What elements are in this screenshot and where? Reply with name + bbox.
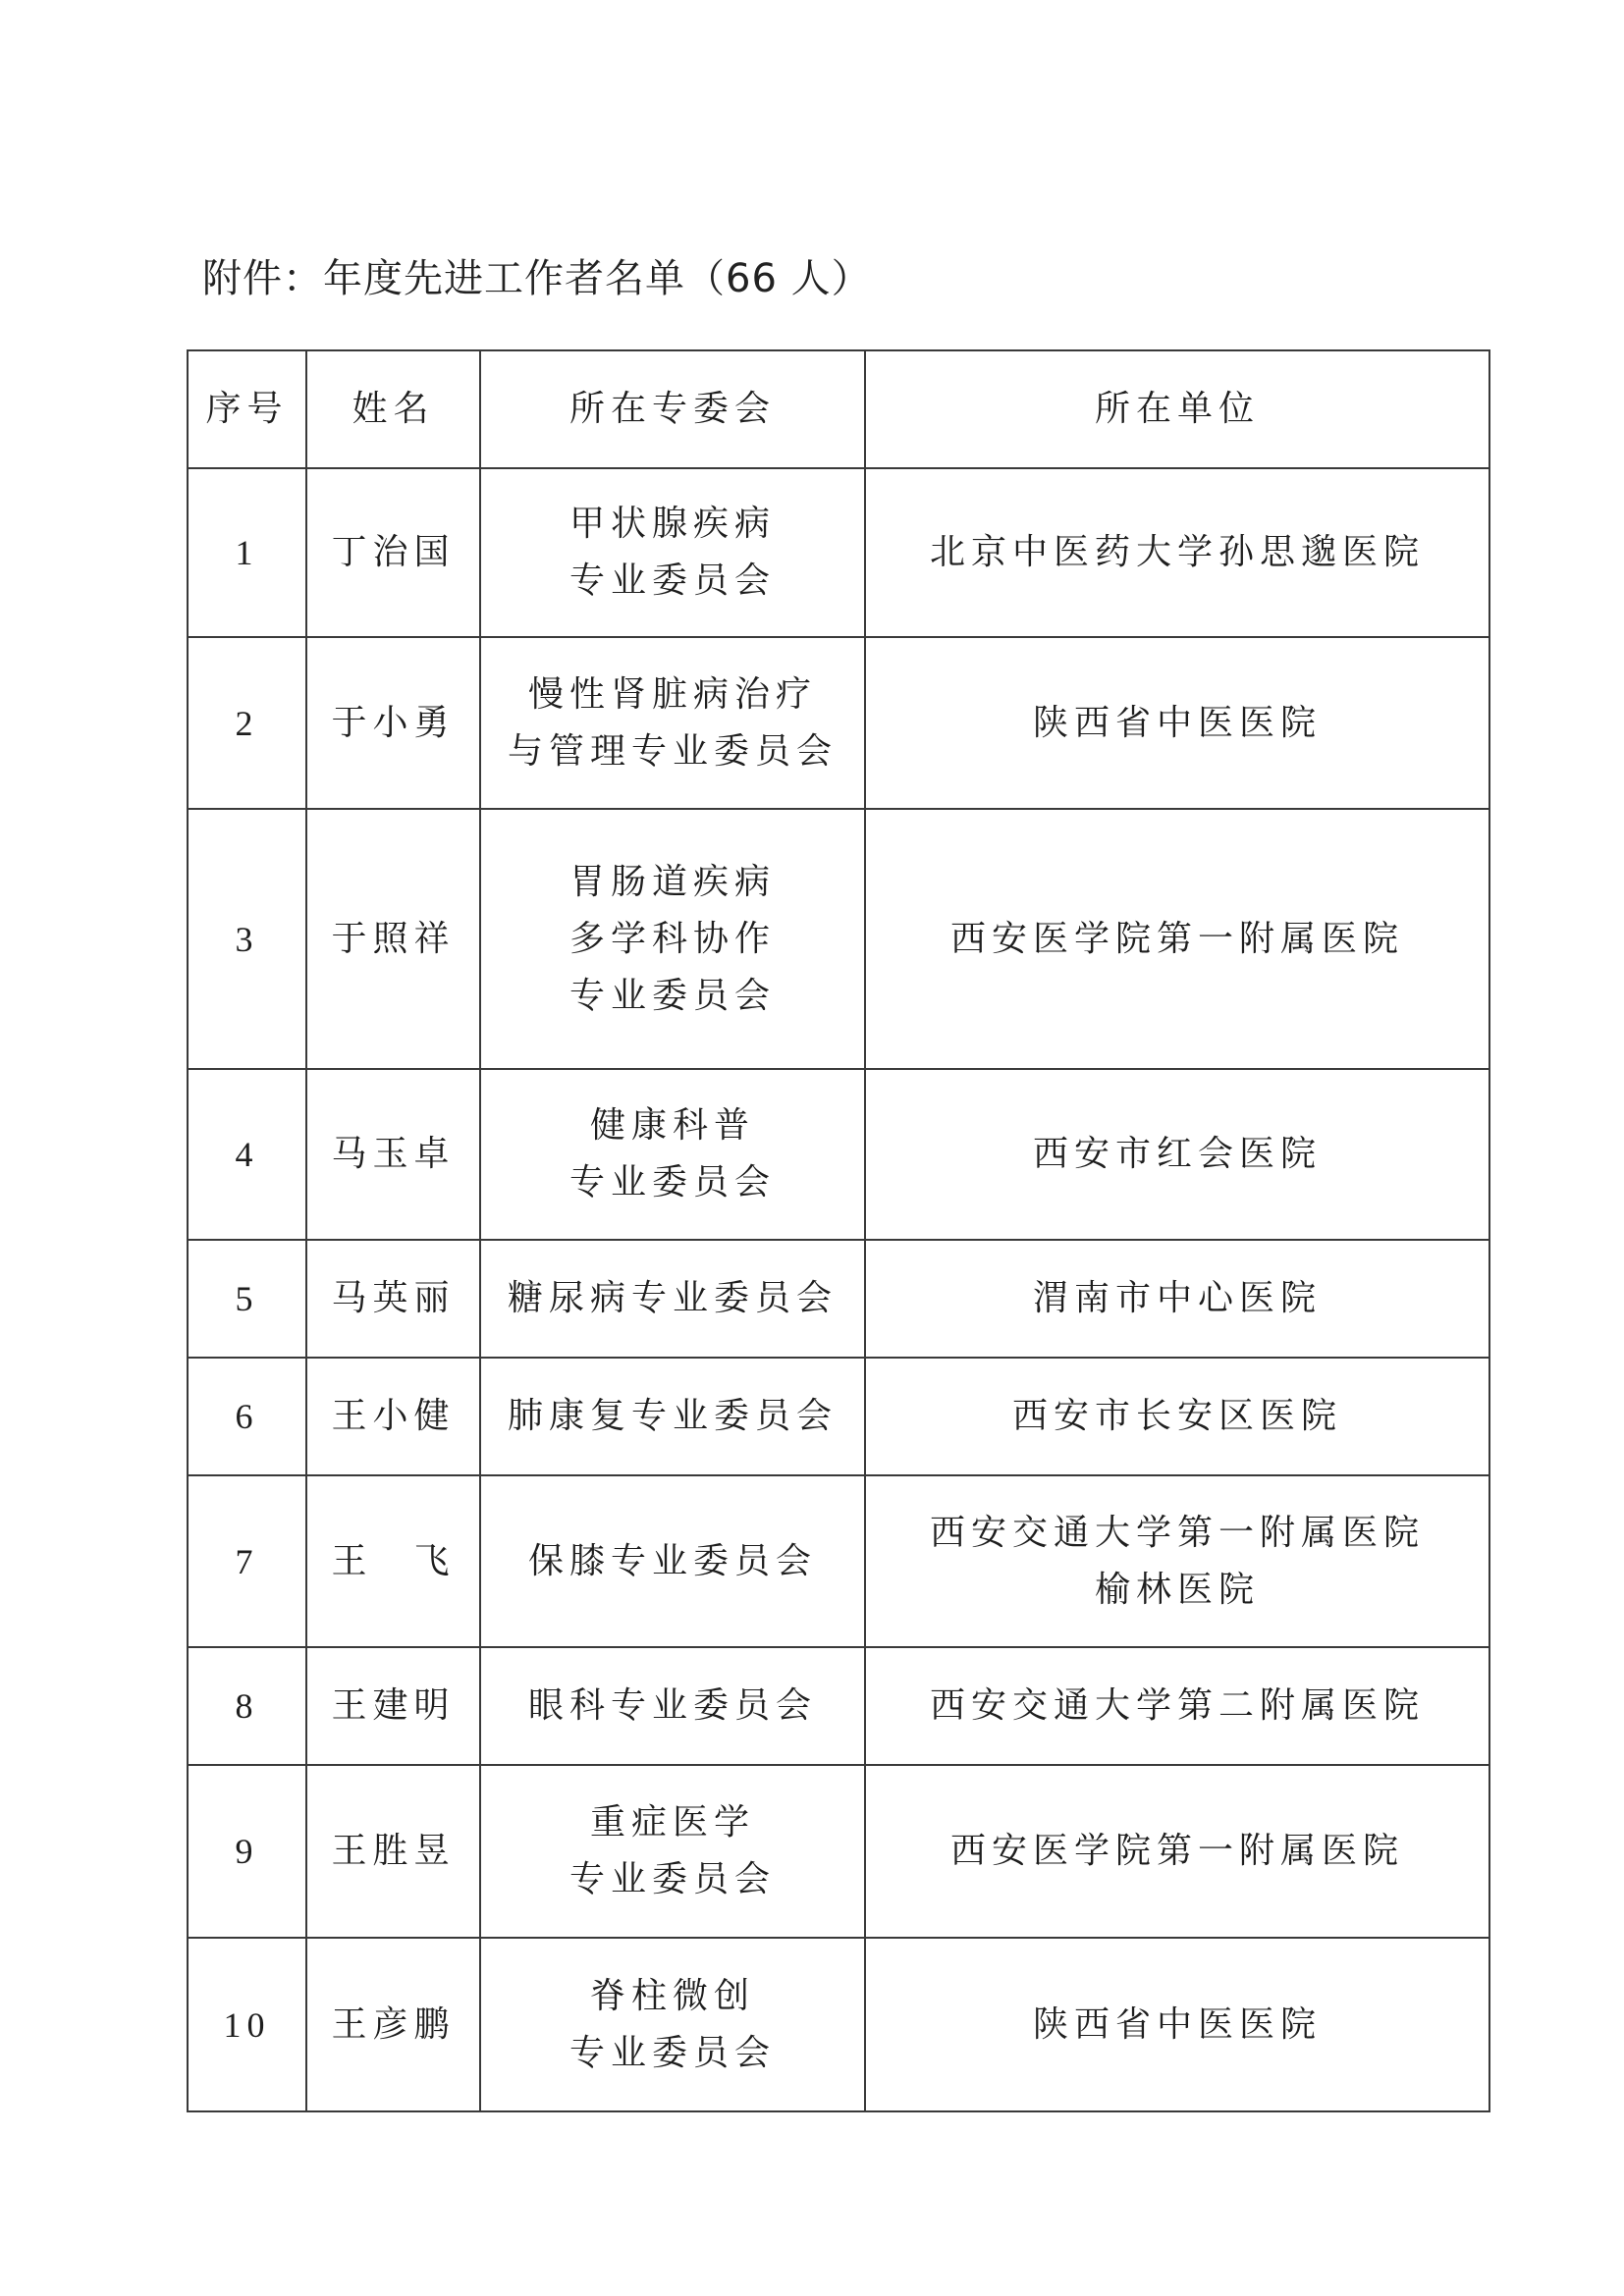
- committee-line: 慢性肾脏病治疗: [481, 667, 864, 723]
- committee-line: 专业委员会: [481, 2025, 864, 2082]
- unit-line: 西安交通大学第二附属医院: [866, 1664, 1489, 1748]
- committee-line: 糖尿病专业委员会: [481, 1256, 864, 1341]
- unit-line: 陕西省中医医院: [866, 1983, 1489, 2067]
- cell-committee: 保膝专业委员会: [480, 1475, 865, 1647]
- cell-serial-number: 8: [188, 1647, 306, 1765]
- table-row: 5马英丽糖尿病专业委员会渭南市中心医院: [188, 1240, 1489, 1358]
- committee-line: 胃肠道疾病: [481, 854, 864, 911]
- cell-committee: 脊柱微创专业委员会: [480, 1938, 865, 2111]
- cell-name: 丁治国: [306, 468, 480, 637]
- cell-unit: 陕西省中医医院: [865, 1938, 1489, 2111]
- cell-unit: 陕西省中医医院: [865, 637, 1489, 809]
- committee-line: 健康科普: [481, 1097, 864, 1154]
- table-row: 8王建明眼科专业委员会西安交通大学第二附属医院: [188, 1647, 1489, 1765]
- committee-line: 与管理专业委员会: [481, 723, 864, 780]
- committee-line: 专业委员会: [481, 968, 864, 1025]
- table-row: 9王胜昱重症医学专业委员会西安医学院第一附属医院: [188, 1765, 1489, 1938]
- header-unit: 所在单位: [865, 350, 1489, 468]
- header-serial-number: 序号: [188, 350, 306, 468]
- cell-name: 王 飞: [306, 1475, 480, 1647]
- unit-line: 西安市红会医院: [866, 1112, 1489, 1197]
- committee-line: 保膝专业委员会: [481, 1520, 864, 1604]
- advanced-workers-table: 序号 姓名 所在专委会 所在单位 1丁治国甲状腺疾病专业委员会北京中医药大学孙思…: [187, 349, 1490, 2112]
- committee-line: 眼科专业委员会: [481, 1664, 864, 1748]
- cell-unit: 渭南市中心医院: [865, 1240, 1489, 1358]
- cell-name: 于照祥: [306, 809, 480, 1069]
- unit-line: 西安交通大学第一附属医院: [866, 1505, 1489, 1562]
- cell-name: 于小勇: [306, 637, 480, 809]
- unit-line: 西安市长安区医院: [866, 1374, 1489, 1459]
- cell-serial-number: 9: [188, 1765, 306, 1938]
- cell-serial-number: 6: [188, 1358, 306, 1475]
- unit-line: 西安医学院第一附属医院: [866, 1809, 1489, 1894]
- table-row: 1丁治国甲状腺疾病专业委员会北京中医药大学孙思邈医院: [188, 468, 1489, 637]
- committee-line: 专业委员会: [481, 1851, 864, 1908]
- cell-serial-number: 2: [188, 637, 306, 809]
- cell-committee: 眼科专业委员会: [480, 1647, 865, 1765]
- header-committee: 所在专委会: [480, 350, 865, 468]
- cell-committee: 健康科普专业委员会: [480, 1069, 865, 1240]
- cell-committee: 甲状腺疾病专业委员会: [480, 468, 865, 637]
- committee-line: 多学科协作: [481, 911, 864, 968]
- table-row: 4马玉卓健康科普专业委员会西安市红会医院: [188, 1069, 1489, 1240]
- unit-line: 北京中医药大学孙思邈医院: [866, 510, 1489, 595]
- cell-committee: 慢性肾脏病治疗与管理专业委员会: [480, 637, 865, 809]
- cell-unit: 西安市长安区医院: [865, 1358, 1489, 1475]
- cell-name: 王建明: [306, 1647, 480, 1765]
- cell-serial-number: 1: [188, 468, 306, 637]
- cell-committee: 胃肠道疾病多学科协作专业委员会: [480, 809, 865, 1069]
- cell-committee: 肺康复专业委员会: [480, 1358, 865, 1475]
- header-name: 姓名: [306, 350, 480, 468]
- unit-line: 西安医学院第一附属医院: [866, 897, 1489, 982]
- cell-serial-number: 4: [188, 1069, 306, 1240]
- committee-line: 专业委员会: [481, 1154, 864, 1211]
- cell-unit: 西安交通大学第二附属医院: [865, 1647, 1489, 1765]
- table-row: 6王小健肺康复专业委员会西安市长安区医院: [188, 1358, 1489, 1475]
- cell-name: 王胜昱: [306, 1765, 480, 1938]
- unit-line: 渭南市中心医院: [866, 1256, 1489, 1341]
- cell-name: 马玉卓: [306, 1069, 480, 1240]
- cell-name: 王小健: [306, 1358, 480, 1475]
- cell-committee: 糖尿病专业委员会: [480, 1240, 865, 1358]
- committee-line: 甲状腺疾病: [481, 496, 864, 553]
- committee-line: 重症医学: [481, 1794, 864, 1851]
- table-row: 3于照祥胃肠道疾病多学科协作专业委员会西安医学院第一附属医院: [188, 809, 1489, 1069]
- committee-line: 肺康复专业委员会: [481, 1374, 864, 1459]
- cell-committee: 重症医学专业委员会: [480, 1765, 865, 1938]
- cell-serial-number: 10: [188, 1938, 306, 2111]
- cell-unit: 西安交通大学第一附属医院榆林医院: [865, 1475, 1489, 1647]
- cell-name: 马英丽: [306, 1240, 480, 1358]
- cell-serial-number: 5: [188, 1240, 306, 1358]
- table-row: 2于小勇慢性肾脏病治疗与管理专业委员会陕西省中医医院: [188, 637, 1489, 809]
- table-header-row: 序号 姓名 所在专委会 所在单位: [188, 350, 1489, 468]
- document-title: 附件：年度先进工作者名单（66 人）: [202, 247, 872, 303]
- committee-line: 脊柱微创: [481, 1968, 864, 2025]
- cell-serial-number: 3: [188, 809, 306, 1069]
- unit-line: 榆林医院: [866, 1562, 1489, 1619]
- table-body: 1丁治国甲状腺疾病专业委员会北京中医药大学孙思邈医院2于小勇慢性肾脏病治疗与管理…: [188, 468, 1489, 2111]
- committee-line: 专业委员会: [481, 553, 864, 610]
- cell-unit: 西安医学院第一附属医院: [865, 1765, 1489, 1938]
- table-row: 10王彦鹏脊柱微创专业委员会陕西省中医医院: [188, 1938, 1489, 2111]
- unit-line: 陕西省中医医院: [866, 681, 1489, 766]
- table-row: 7王 飞保膝专业委员会西安交通大学第一附属医院榆林医院: [188, 1475, 1489, 1647]
- cell-name: 王彦鹏: [306, 1938, 480, 2111]
- cell-serial-number: 7: [188, 1475, 306, 1647]
- cell-unit: 西安医学院第一附属医院: [865, 809, 1489, 1069]
- cell-unit: 北京中医药大学孙思邈医院: [865, 468, 1489, 637]
- cell-unit: 西安市红会医院: [865, 1069, 1489, 1240]
